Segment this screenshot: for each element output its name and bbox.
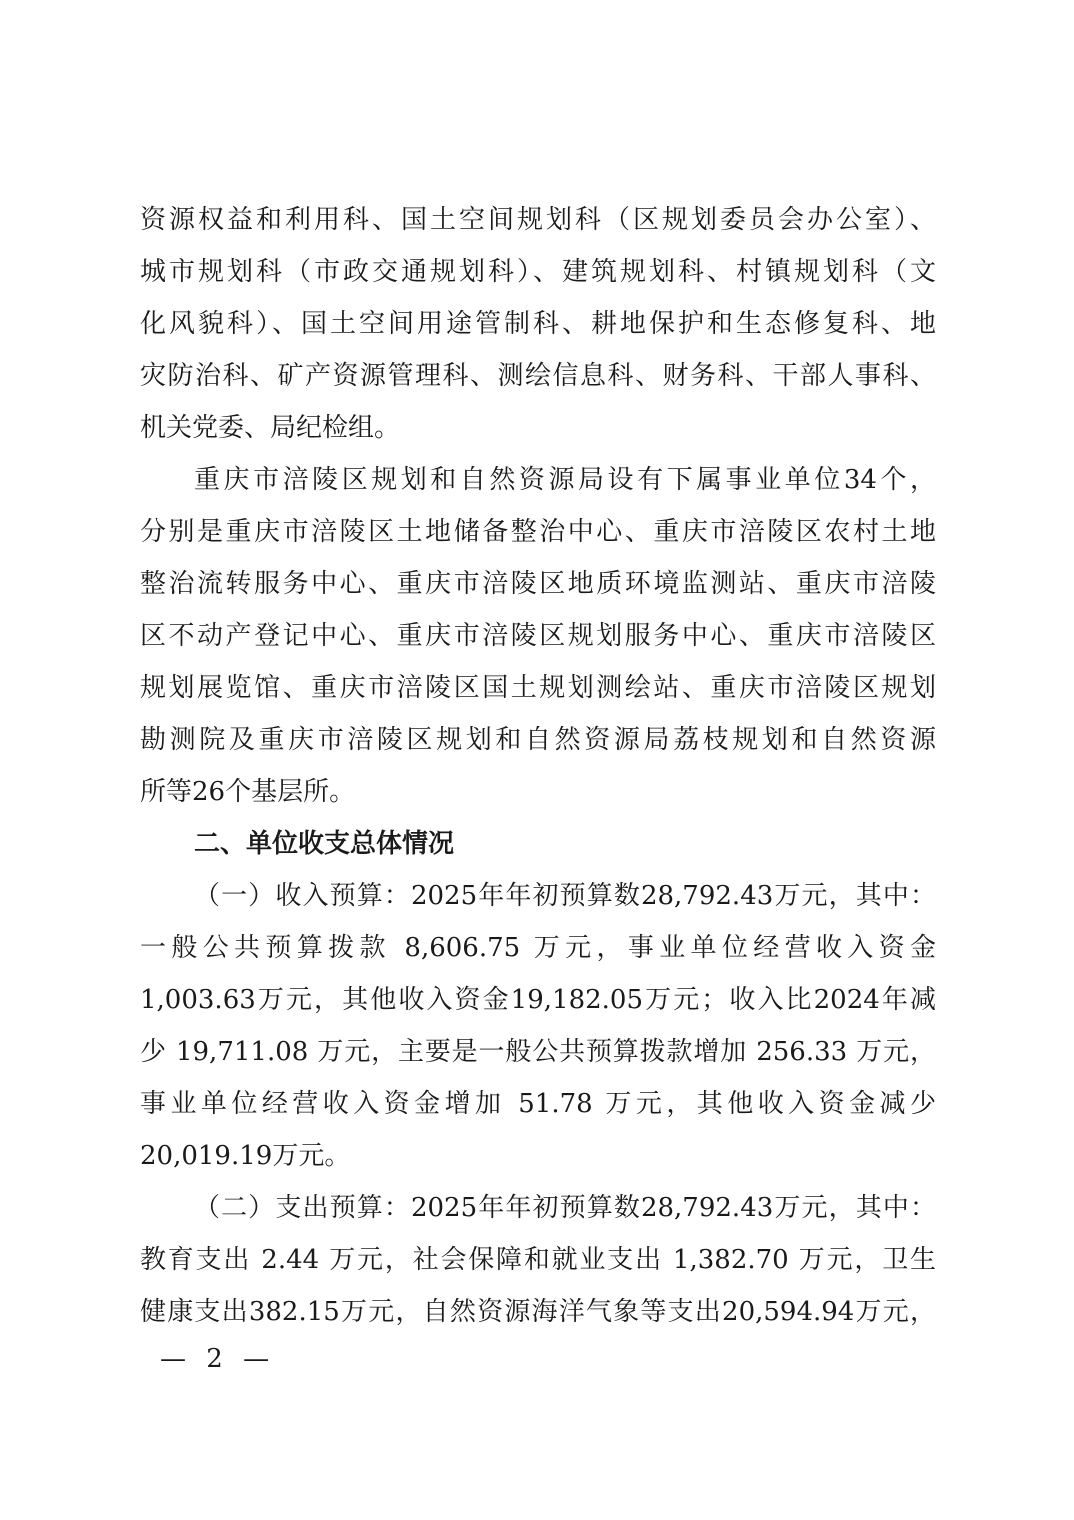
text-line: 规划展览馆、重庆市涪陵区国土规划测绘站、重庆市涪陵区规划 xyxy=(140,662,936,714)
text-line: （一）收入预算：2025年年初预算数28,792.43万元，其中： xyxy=(140,870,936,922)
text-line: 20,019.19万元。 xyxy=(140,1130,936,1182)
text-line: 化风貌科）、国土空间用途管制科、耕地保护和生态修复科、地 xyxy=(140,298,936,350)
paragraph-income-budget: （一）收入预算：2025年年初预算数28,792.43万元，其中： 一般公共预算… xyxy=(140,870,936,1182)
text-line: 一般公共预算拨款 8,606.75 万元，事业单位经营收入资金 xyxy=(140,922,936,974)
text-line: 健康支出382.15万元，自然资源海洋气象等支出20,594.94万元， xyxy=(140,1286,936,1338)
page-number: — 2 — xyxy=(160,1344,275,1374)
text-line: 所等26个基层所。 xyxy=(140,766,936,818)
text-line: 事业单位经营收入资金增加 51.78 万元，其他收入资金减少 xyxy=(140,1078,936,1130)
text-line: 区不动产登记中心、重庆市涪陵区规划服务中心、重庆市涪陵区 xyxy=(140,610,936,662)
text-line: 重庆市涪陵区规划和自然资源局设有下属事业单位34个， xyxy=(140,454,936,506)
text-line: 1,003.63万元，其他收入资金19,182.05万元；收入比2024年减 xyxy=(140,974,936,1026)
text-line: 城市规划科（市政交通规划科）、建筑规划科、村镇规划科（文 xyxy=(140,246,936,298)
text-line: （二）支出预算：2025年年初预算数28,792.43万元，其中： xyxy=(140,1182,936,1234)
text-line: 资源权益和利用科、国土空间规划科（区规划委员会办公室）、 xyxy=(140,194,936,246)
text-line: 整治流转服务中心、重庆市涪陵区地质环境监测站、重庆市涪陵 xyxy=(140,558,936,610)
paragraph-departments: 资源权益和利用科、国土空间规划科（区规划委员会办公室）、 城市规划科（市政交通规… xyxy=(140,194,936,454)
paragraph-expenditure-budget: （二）支出预算：2025年年初预算数28,792.43万元，其中： 教育支出 2… xyxy=(140,1182,936,1338)
text-line: 灾防治科、矿产资源管理科、测绘信息科、财务科、干部人事科、 xyxy=(140,350,936,402)
document-page: 资源权益和利用科、国土空间规划科（区规划委员会办公室）、 城市规划科（市政交通规… xyxy=(0,0,1074,1520)
text-line: 勘测院及重庆市涪陵区规划和自然资源局荔枝规划和自然资源 xyxy=(140,714,936,766)
paragraph-subordinate-units: 重庆市涪陵区规划和自然资源局设有下属事业单位34个， 分别是重庆市涪陵区土地储备… xyxy=(140,454,936,818)
document-body: 资源权益和利用科、国土空间规划科（区规划委员会办公室）、 城市规划科（市政交通规… xyxy=(140,194,936,1338)
text-line: 少 19,711.08 万元，主要是一般公共预算拨款增加 256.33 万元， xyxy=(140,1026,936,1078)
text-line: 分别是重庆市涪陵区土地储备整治中心、重庆市涪陵区农村土地 xyxy=(140,506,936,558)
text-line: 教育支出 2.44 万元，社会保障和就业支出 1,382.70 万元，卫生 xyxy=(140,1234,936,1286)
section-heading: 二、单位收支总体情况 xyxy=(140,818,936,870)
text-line: 机关党委、局纪检组。 xyxy=(140,402,936,454)
